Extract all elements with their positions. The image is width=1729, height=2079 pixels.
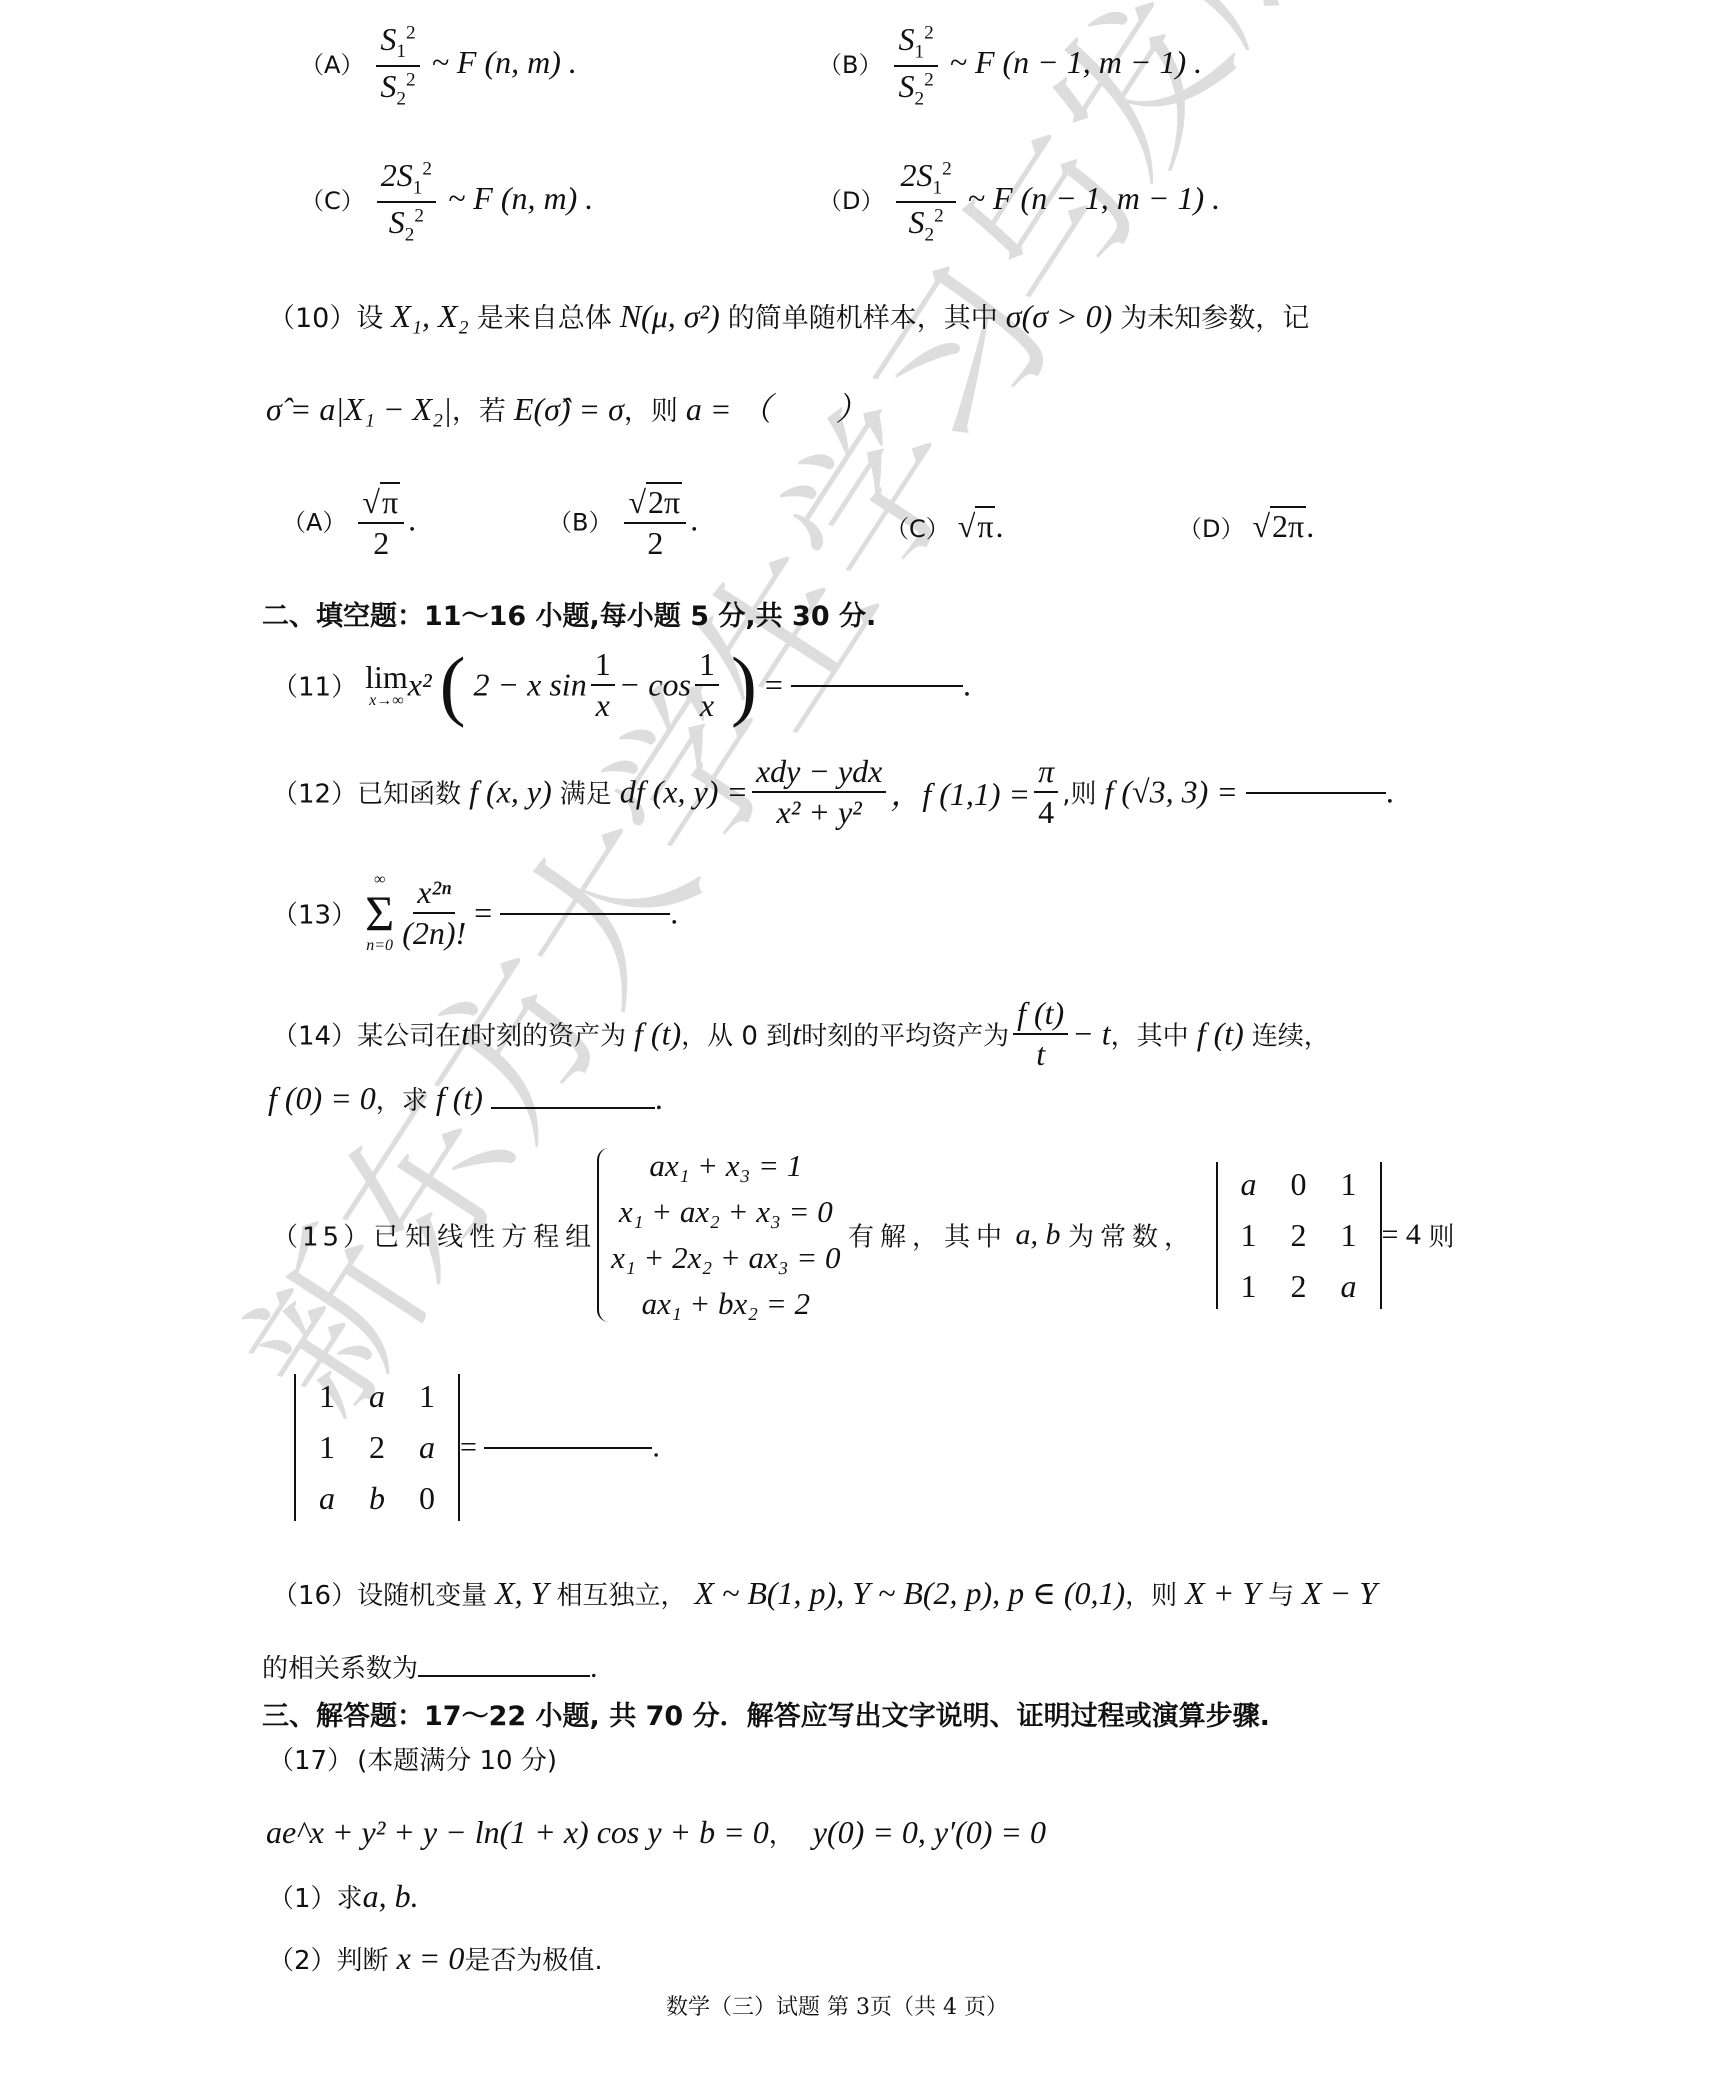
q12: （12）已知函数 f (x, y) 满足 df (x, y) =xdy − yd…: [272, 754, 1394, 830]
section-3-heading: 三、解答题：17～22 小题, 共 70 分．解答应写出文字说明、证明过程或演算…: [262, 1694, 1270, 1733]
option-label: （A）: [300, 51, 364, 79]
q13: （13） ∞Σn=0x²ⁿ(2n)!= .: [272, 872, 678, 954]
determinant-1: a01 121 12a: [1216, 1162, 1382, 1309]
q12-answer-blank[interactable]: [1246, 791, 1386, 794]
equation-system: ax₁ + x₃ = 1 x₁ + ax₂ + x₃ = 0 x₁ + 2x₂ …: [597, 1148, 840, 1322]
q16-line1: （16）设随机变量 X, Y 相互独立， X ~ B(1, p), Y ~ B(…: [272, 1574, 1377, 1612]
q10-line2: σ̂ = a|X₁ − X₂|，若 E(σ̂) = σ，则 a = （ ）: [266, 384, 868, 430]
q17-header: （17） (本题满分 10 分): [268, 1740, 557, 1777]
page-footer: 数学（三）试题 第 3页（共 4 页）: [666, 1990, 1008, 2021]
option-rhs: ~ F (n, m) .: [448, 180, 593, 216]
q17-equation: ae^x + y² + y − ln(1 + x) cos y + b = 0，…: [266, 1814, 1046, 1851]
q15-line2: 1a1 12a ab0 = .: [294, 1374, 660, 1521]
q11: （11） limx→∞x² ( 2 − x sin1x− cos1x ) = .: [272, 640, 971, 730]
q14-line2: f (0) = 0，求 f (t) .: [268, 1080, 663, 1117]
q10-option-a: （A） √π2.: [282, 485, 416, 561]
q17-part-2: （2）判断 x = 0是否为极值.: [268, 1940, 603, 1977]
option-label: （B）: [818, 51, 882, 79]
q13-answer-blank[interactable]: [500, 912, 670, 915]
q10-option-d: （D） √2π.: [1178, 508, 1314, 545]
q10-option-c: （C） √π.: [885, 508, 1003, 545]
brace-icon: [597, 1148, 611, 1322]
option-rhs: ~ F (n − 1, m − 1) .: [968, 180, 1220, 216]
q15-line1: （15）已知线性方程组 ax₁ + x₃ = 1 x₁ + ax₂ + x₃ =…: [272, 1148, 1454, 1322]
q11-answer-blank[interactable]: [791, 684, 963, 687]
option-rhs: ~ F (n, m) .: [432, 44, 577, 80]
option-rhs: ~ F (n − 1, m − 1) .: [950, 44, 1202, 80]
option-label: （C）: [300, 187, 365, 215]
section-2-heading: 二、填空题：11～16 小题,每小题 5 分,共 30 分.: [262, 594, 876, 633]
q9-option-d: （D） 2S12S22 ~ F (n − 1, m − 1) .: [818, 158, 1220, 245]
q14-answer-blank[interactable]: [491, 1106, 655, 1109]
q14-line1: （14）某公司在t时刻的资产为 f (t)，从 0 到t时刻的平均资产为f (t…: [272, 996, 1330, 1072]
q10-option-b: （B） √2π2.: [548, 485, 698, 561]
q10-line1: （10）设 X₁, X₂ 是来自总体 N(μ, σ²) 的简单随机样本，其中 σ…: [268, 296, 1309, 335]
option-label: （D）: [818, 187, 884, 215]
q9-option-a: （A） S12S22 ~ F (n, m) .: [300, 22, 577, 109]
q15-answer-blank[interactable]: [484, 1446, 652, 1449]
q17-part-1: （1）求a, b.: [268, 1878, 419, 1915]
q9-option-b: （B） S12S22 ~ F (n − 1, m − 1) .: [818, 22, 1202, 109]
q16-answer-blank[interactable]: [418, 1674, 590, 1677]
q16-line2: 的相关系数为.: [262, 1648, 598, 1685]
determinant-2: 1a1 12a ab0: [294, 1374, 460, 1521]
q9-option-c: （C） 2S12S22 ~ F (n, m) .: [300, 158, 593, 245]
